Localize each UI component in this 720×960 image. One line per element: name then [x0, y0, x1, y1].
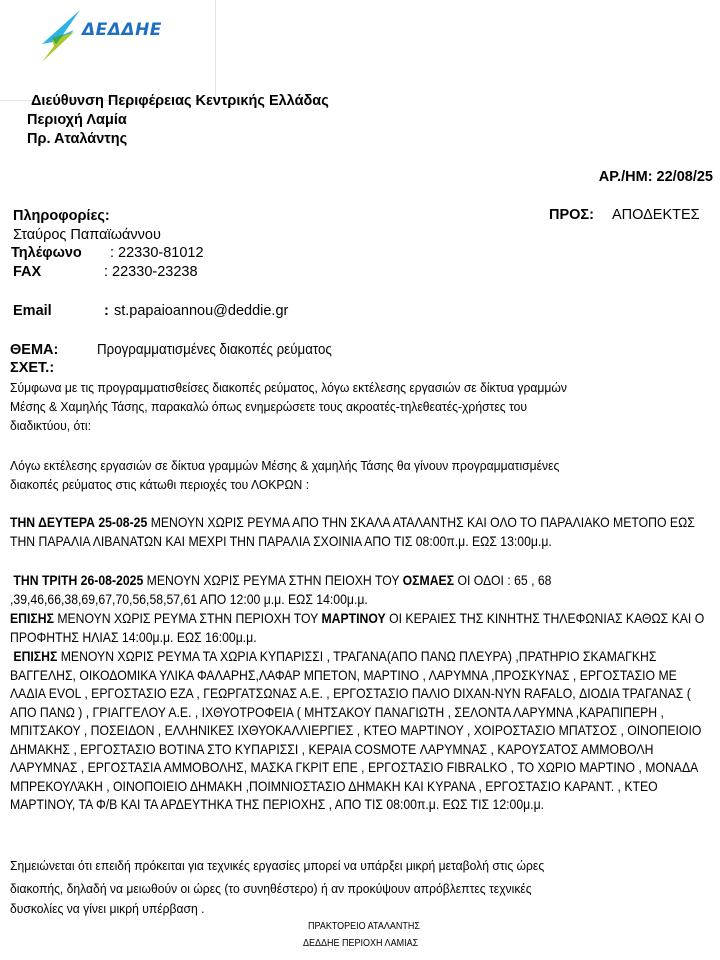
outage-tuesday-date: ΤΗΝ ΤΡΙΤΗ 26-08-2025	[13, 573, 143, 588]
email-link[interactable]: st.papaioannou@deddie.gr	[114, 303, 288, 319]
note-line-1: Σημειώνεται ότι επειδή πρόκειται για τεχ…	[10, 857, 544, 876]
header-divider-vertical	[215, 0, 216, 100]
email-label: Email	[13, 303, 52, 319]
also-label: ΕΠΙΣΗΣ	[10, 611, 54, 626]
phone-label: Τηλέφωνο	[11, 245, 82, 261]
signature-office: ΠΡΑΚΤΟΡΕΙΟ ΑΤΑΛΑΝΤΗΣ	[308, 921, 420, 932]
header-office: Πρ. Αταλάντης	[27, 131, 127, 147]
also-label: ΕΠΙΣΗΣ	[13, 649, 57, 664]
info-label: Πληροφορίες:	[13, 208, 110, 224]
lead-line-2: διακοπές ρεύματος στις κάτωθι περιοχές τ…	[10, 476, 309, 495]
lead-line-1: Λόγω εκτέλεσης εργασιών σε δίκτυα γραμμώ…	[10, 457, 559, 476]
logo-text: ΔΕΔΔΗΕ	[82, 20, 162, 40]
outage-martino-place: ΜΑΡΤΙΝΟΥ	[321, 611, 385, 626]
subject-value: Προγραμματισμένες διακοπές ρεύματος	[97, 342, 332, 358]
outage-tuesday-text: ΜΕΝΟΥΝ ΧΩΡΙΣ ΡΕΥΜΑ ΣΤΗΝ ΠΕΙΟΧΗ ΤΟΥ	[143, 573, 402, 588]
reference-date: ΑΡ./ΗΜ: 22/08/25	[599, 169, 713, 185]
contact-name: Σταύρος Παπαϊωάννου	[13, 227, 161, 243]
intro-line-2: Μέσης & Χαμηλής Τάσης, παρακαλώ όπως ενη…	[10, 398, 527, 417]
subject-label: ΘΕΜΑ:	[10, 342, 58, 358]
company-logo: ΔΕΔΔΗΕ	[38, 8, 168, 64]
outage-monday: ΤΗΝ ΔΕΥΤΕΡΑ 25-08-25 ΜΕΝΟΥΝ ΧΩΡΙΣ ΡΕΥΜΑ …	[10, 514, 708, 551]
recipient-label: ΠΡΟΣ:	[549, 207, 594, 223]
intro-line-1: Σύμφωνα με τις προγραμματισθείσες διακοπ…	[10, 379, 567, 398]
outage-tuesday-place: ΟΣΜΑΕΣ	[403, 573, 454, 588]
intro-line-3: διαδικτύου, ότι:	[10, 417, 91, 436]
recipient: ΠΡΟΣ: ΑΠΟΔΕΚΤΕΣ	[549, 207, 700, 223]
outage-also-villages: ΕΠΙΣΗΣ ΜΕΝΟΥΝ ΧΩΡΙΣ ΡΕΥΜΑ ΤΑ ΧΩΡΙΑ ΚΥΠΑΡ…	[10, 648, 710, 815]
fax-value: : 22330-23238	[104, 264, 198, 280]
header-area: Περιοχή Λαμία	[27, 112, 127, 128]
email-separator: :	[104, 303, 109, 319]
fax-label: FAX	[13, 264, 41, 280]
note-line-2: διακοπής, δηλαδή να μειωθούν οι ώρες (το…	[10, 880, 532, 899]
outage-monday-date: ΤΗΝ ΔΕΥΤΕΡΑ 25-08-25	[10, 515, 147, 530]
outage-martino-text: ΜΕΝΟΥΝ ΧΩΡΙΣ ΡΕΥΜΑ ΣΤΗΝ ΠΕΡΙΟΧΗ ΤΟΥ	[54, 611, 322, 626]
outage-villages-text: ΜΕΝΟΥΝ ΧΩΡΙΣ ΡΕΥΜΑ ΤΑ ΧΩΡΙΑ ΚΥΠΑΡΙΣΣΙ , …	[10, 649, 701, 812]
outage-tuesday: ΤΗΝ ΤΡΙΤΗ 26-08-2025 ΜΕΝΟΥΝ ΧΩΡΙΣ ΡΕΥΜΑ …	[10, 572, 708, 609]
outage-also-martino: ΕΠΙΣΗΣ ΜΕΝΟΥΝ ΧΩΡΙΣ ΡΕΥΜΑ ΣΤΗΝ ΠΕΡΙΟΧΗ Τ…	[10, 610, 708, 647]
recipient-value: ΑΠΟΔΕΚΤΕΣ	[612, 207, 700, 223]
note-line-3: δυσκολίες να γίνει μικρή υπέρβαση .	[10, 900, 205, 919]
related-label: ΣΧΕΤ.:	[10, 360, 54, 376]
header-directorate: Διεύθυνση Περιφέρειας Κεντρικής Ελλάδας	[31, 93, 329, 109]
signature-area: ΔΕΔΔΗΕ ΠΕΡΙΟΧΗ ΛΑΜΙΑΣ	[303, 938, 418, 949]
phone-value: : 22330-81012	[110, 245, 204, 261]
